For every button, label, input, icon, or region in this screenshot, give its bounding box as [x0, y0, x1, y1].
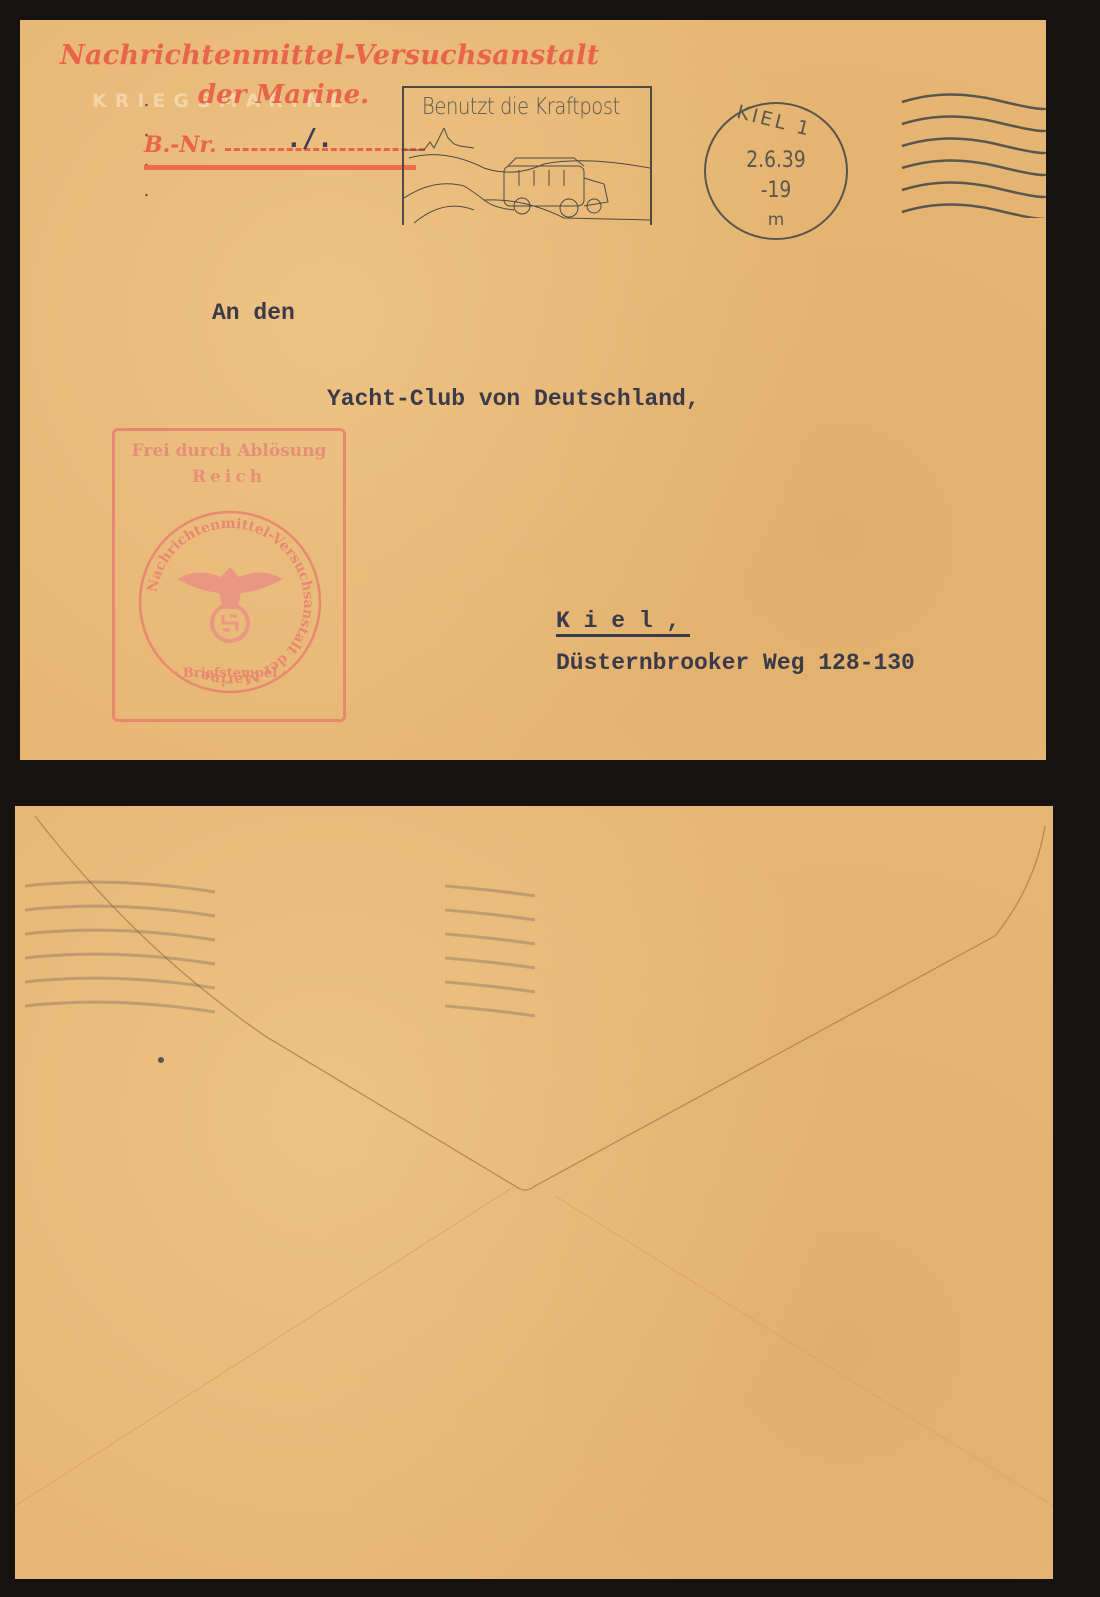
offset-cancel-smudges-icon: [15, 806, 1053, 1579]
eagle-seal-icon: Nachrichtenmittel-Versuchsanstalt der Ma…: [137, 509, 323, 695]
city-underline: [556, 634, 690, 637]
svg-text:· Briefstempel ·: · Briefstempel ·: [174, 666, 286, 681]
envelope-front: Nachrichtenmittel-Versuchsanstalt KRIEGS…: [20, 20, 1046, 760]
sender-name: Nachrichtenmittel-Versuchsanstalt: [60, 40, 599, 71]
sender-rule: [144, 165, 416, 170]
address-city: K i e l ,: [556, 608, 680, 634]
postmark-code: m: [706, 210, 846, 230]
address-salutation: An den: [212, 300, 295, 326]
franking-line2: Reich: [115, 467, 343, 487]
wavy-cancel-lines-icon: [896, 88, 1046, 218]
envelope-back: [15, 806, 1053, 1579]
reference-value: ./.: [286, 124, 333, 154]
postmark-time: -19: [717, 178, 836, 203]
kiel-postmark: KIEL 1 2.6.39 -19 m: [704, 102, 848, 240]
address-recipient: Yacht-Club von Deutschland,: [327, 386, 700, 412]
postmark-city: KIEL 1: [734, 101, 814, 141]
franking-line1: Frei durch Ablösung: [115, 441, 343, 461]
reference-label: B.-Nr.: [144, 132, 217, 158]
postbus-on-country-road-icon: [404, 128, 650, 225]
official-franking-stamp: Frei durch Ablösung Reich Nachrichtenmit…: [112, 428, 346, 722]
postmark-date: 2.6.39: [717, 148, 836, 173]
address-city-name: K i e l: [556, 608, 653, 634]
address-city-comma: ,: [653, 608, 681, 634]
slogan-cancel: Benutzt die Kraftpost: [402, 86, 652, 225]
sender-subtitle: der Marine.: [198, 80, 369, 110]
slogan-text: Benutzt die Kraftpost: [422, 94, 620, 120]
address-street: Düsternbrooker Weg 128-130: [556, 650, 915, 676]
